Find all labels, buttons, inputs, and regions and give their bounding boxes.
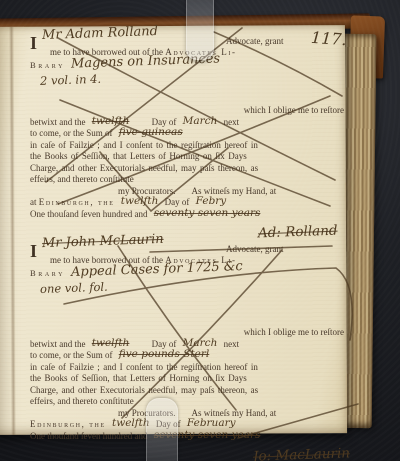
year-line: One thouſand ſeven hundred and seventy s… xyxy=(30,431,350,443)
signing-day: twelfth xyxy=(112,417,150,429)
gutter-crease xyxy=(9,27,16,435)
photo-of-ledger-page: 117. I Mr Adam Rolland Advocate, grant m… xyxy=(0,0,400,461)
restore-month: March xyxy=(183,115,218,127)
effeirs-line: effeirs, and thereto conſtitute xyxy=(30,174,350,186)
year-line: One thouſand ſeven hundred and seventy s… xyxy=(30,209,350,221)
signing-month: Febry xyxy=(196,195,227,207)
borrower-signature: Ad: Rolland xyxy=(258,223,338,242)
page-holder-strip-top xyxy=(186,0,214,60)
books-of-session-line: the Books of Seſſion, that Letters of Ho… xyxy=(30,373,350,385)
brary-title-line: BraryMagens on Insurances xyxy=(30,59,350,72)
borrower-name: Mr John McLaurin xyxy=(42,232,164,251)
penalty-sum: five guineas xyxy=(119,126,183,138)
sum-line: to come, or the Sum of five pounds Sterl xyxy=(30,350,350,362)
failzie-line: in caſe of Failzie ; and I conſent to th… xyxy=(30,362,350,374)
signing-month: February xyxy=(187,417,236,429)
brary-title-line: BraryAppeal Cases for 1725 &c xyxy=(30,267,350,280)
book-volumes: one vol. fol. xyxy=(30,280,108,297)
restore-day: twelfth xyxy=(92,337,130,349)
borrower-signature: Jo: MacLaurin xyxy=(253,445,350,461)
signing-day: twelfth xyxy=(121,195,159,207)
entry-header-line: I Mr John McLaurin Advocate, grant xyxy=(30,240,350,255)
book-volumes: 2 vol. in 4. xyxy=(30,72,102,88)
loan-entry-mclaurin: I Mr John McLaurin Advocate, grant me to… xyxy=(30,240,350,461)
failzie-line: in caſe of Failzie ; and I conſent to th… xyxy=(30,140,350,152)
sum-line: to come, or the Sum of five guineas xyxy=(30,128,350,140)
page-holder-strip-bottom xyxy=(146,398,178,461)
restore-day: twelfth xyxy=(92,115,130,127)
signature-line: Jo: MacLaurin xyxy=(30,446,350,461)
effeirs-line: effeirs, and thereto conſtitute xyxy=(30,396,350,408)
loan-entry-rolland: I Mr Adam Rolland Advocate, grant me to … xyxy=(30,32,350,241)
procurators-line: my Procurators. As witneſs my Hand, at xyxy=(30,186,350,198)
book-title: Appeal Cases for 1725 &c xyxy=(71,261,243,278)
borrower-name: Mr Adam Rolland xyxy=(42,24,158,43)
advocate-grant-text: Advocate, grant xyxy=(226,36,283,48)
penalty-sum: five pounds Sterl xyxy=(119,348,210,360)
charge-line: Charge, and other Executorials needful, … xyxy=(30,385,350,397)
year-written: seventy seven years xyxy=(154,207,261,219)
charge-line: Charge, and other Executorials needful, … xyxy=(30,163,350,175)
betwixt-line: betwixt and the twelfth Day of March nex… xyxy=(30,117,350,129)
books-of-session-line: the Books of Seſſion, that Letters of Ho… xyxy=(30,151,350,163)
advocate-grant-text: Advocate, grant xyxy=(226,244,283,256)
restore-month: March xyxy=(183,337,218,349)
